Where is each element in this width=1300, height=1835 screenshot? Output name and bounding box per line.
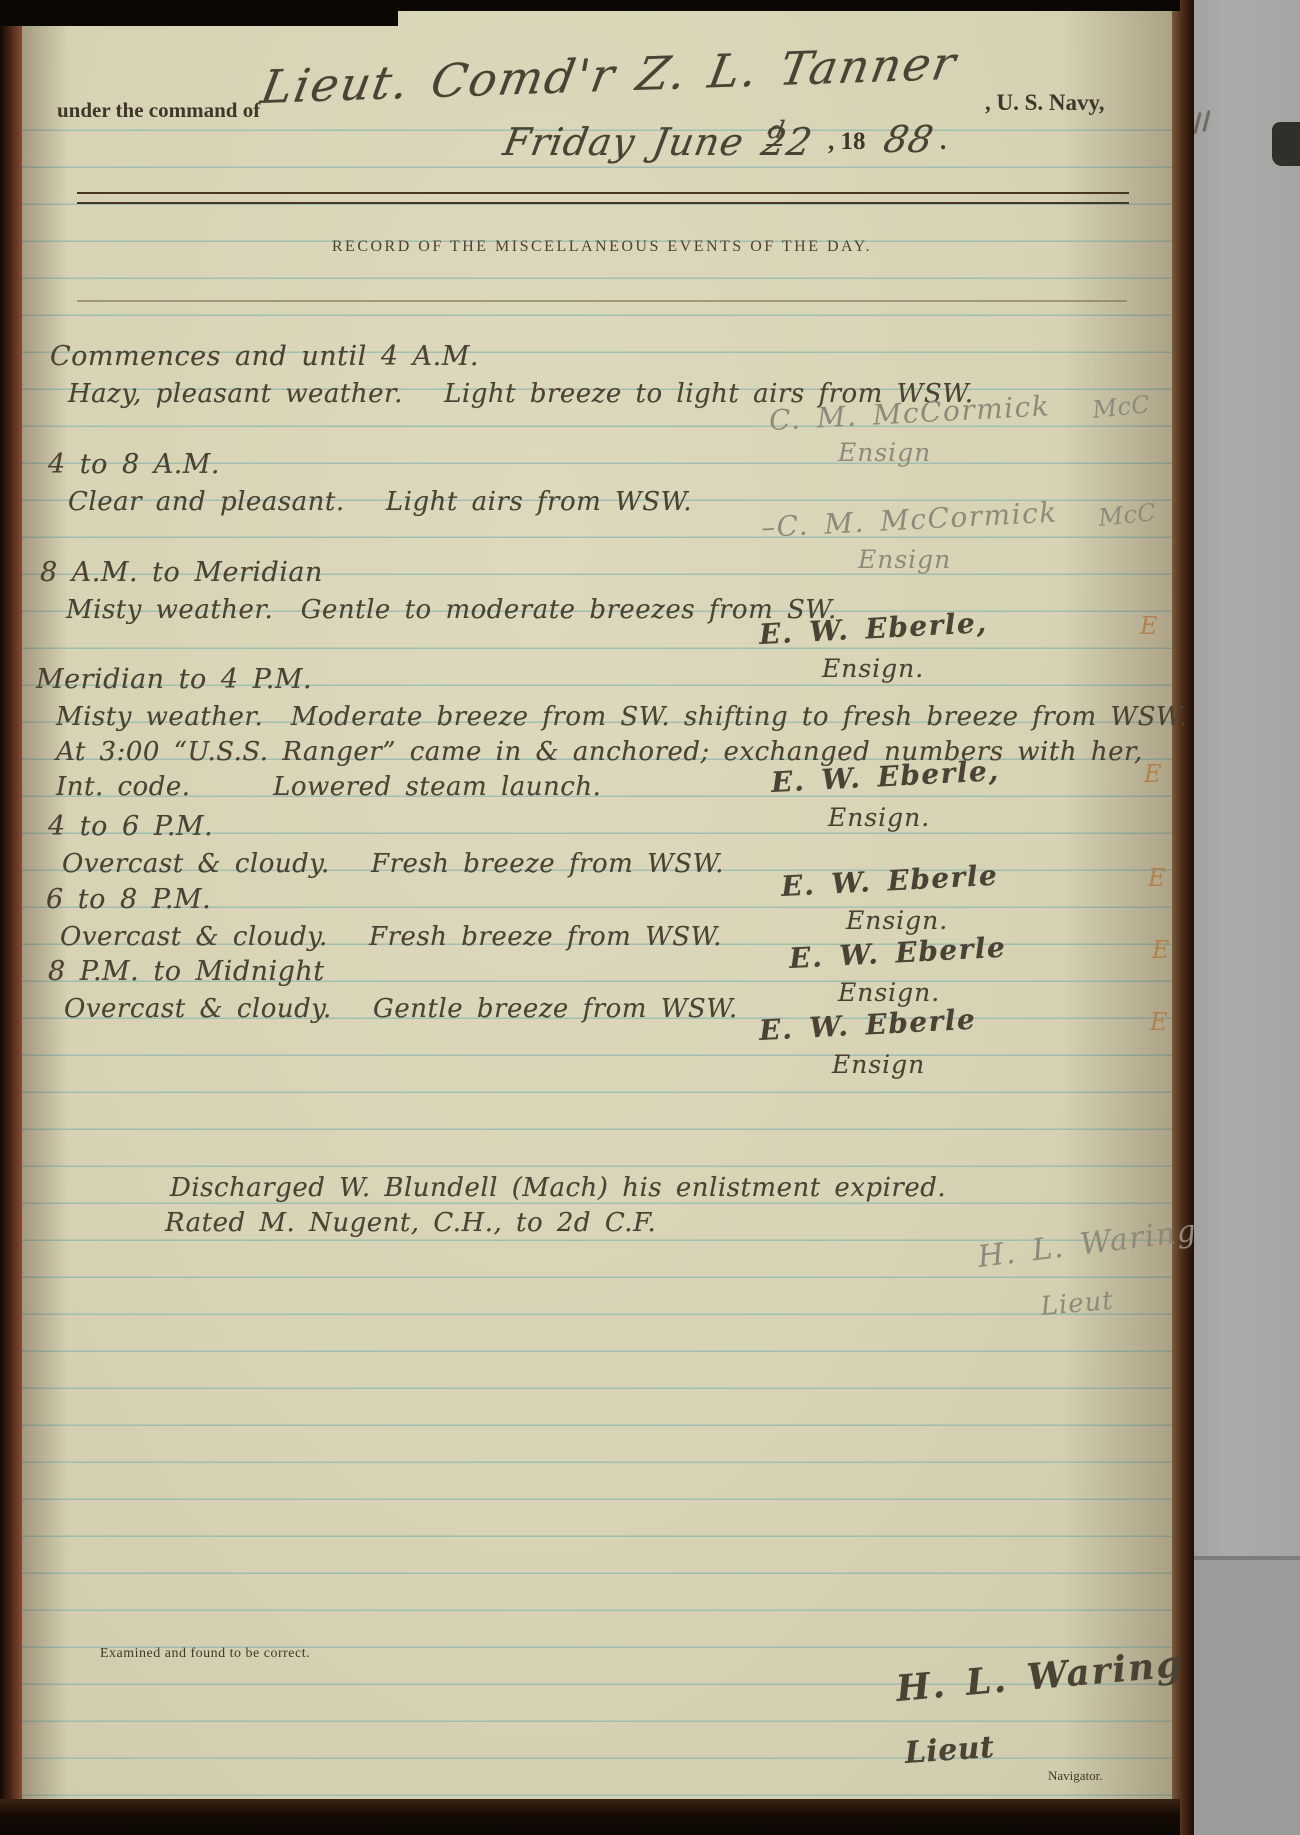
year-script: 88 <box>880 118 937 161</box>
margin-initial: E <box>1148 864 1166 892</box>
book-spine-left <box>0 0 24 1835</box>
entry-body-line: Int. code. Lowered steam launch. <box>56 772 601 802</box>
entry-heading: 4 to 8 A.M. <box>48 449 220 480</box>
entry-heading: Meridian to 4 P.M. <box>36 664 312 695</box>
printed-navigator-label: Navigator. <box>1048 1768 1103 1784</box>
margin-initial: E <box>1152 936 1170 964</box>
entry-heading: Commences and until 4 A.M. <box>50 341 479 372</box>
page-title: RECORD OF THE MISCELLANEOUS EVENTS OF TH… <box>77 238 1127 256</box>
entry-body-line: Overcast & cloudy. Gentle breeze from WS… <box>64 994 738 1024</box>
thin-rule <box>77 300 1127 302</box>
entry-body-line: Misty weather. Gentle to moderate breeze… <box>66 595 837 625</box>
examined-statement: Examined and found to be correct. <box>100 1646 310 1662</box>
entry-rank: Ensign <box>838 438 931 467</box>
double-rule <box>77 192 1129 204</box>
entry-body-line: Misty weather. Moderate breeze from SW. … <box>56 702 1187 732</box>
scanner-background-bottom <box>1180 1560 1300 1835</box>
logbook-scan: under the command of Lieut. Comd'r Z. L.… <box>0 0 1300 1835</box>
margin-initial: E <box>1144 760 1162 788</box>
entry-heading: 8 P.M. to Midnight <box>48 956 325 987</box>
book-edge-bottom <box>0 1799 1180 1835</box>
printed-navy-suffix: , U. S. Navy, <box>985 90 1105 116</box>
margin-initial: E <box>1150 1008 1168 1036</box>
entry-body-line: Overcast & cloudy. Fresh breeze from WSW… <box>60 922 722 952</box>
entry-body-line: Overcast & cloudy. Fresh breeze from WSW… <box>62 849 724 879</box>
entry-rank: Ensign <box>832 1050 925 1079</box>
note-rank: Lieut <box>1039 1286 1115 1322</box>
entry-rank: Ensign. <box>846 906 948 935</box>
entry-rank: Ensign. <box>822 654 924 683</box>
entry-heading: 4 to 6 P.M. <box>48 811 213 842</box>
margin-initial: E <box>1140 612 1158 640</box>
entry-body-line: Clear and pleasant. Light airs from WSW. <box>68 487 692 517</box>
entry-heading: 8 A.M. to Meridian <box>40 557 323 588</box>
year-period: . <box>940 128 946 156</box>
table-seam <box>1180 1556 1300 1560</box>
printed-year-prefix: , 18 <box>828 128 866 156</box>
log-page: under the command of Lieut. Comd'r Z. L.… <box>22 8 1172 1802</box>
book-edge-top-thin <box>380 0 1180 11</box>
clip-mark <box>1272 122 1300 166</box>
book-edge-top <box>0 0 398 26</box>
footer-rank: Lieut <box>904 1730 996 1771</box>
note-line: Discharged W. Blundell (Mach) his enlist… <box>170 1173 946 1203</box>
entry-rank: Ensign. <box>828 803 930 832</box>
printed-command-prefix: under the command of <box>57 98 260 123</box>
page-shadow-right <box>1062 8 1172 1802</box>
note-line: Rated M. Nugent, C.H., to 2d C.F. <box>165 1208 656 1238</box>
entry-rank: Ensign. <box>838 978 940 1007</box>
scanner-background-top <box>1180 0 1300 1560</box>
entry-rank: Ensign <box>858 545 951 574</box>
entry-heading: 6 to 8 P.M. <box>46 884 211 915</box>
